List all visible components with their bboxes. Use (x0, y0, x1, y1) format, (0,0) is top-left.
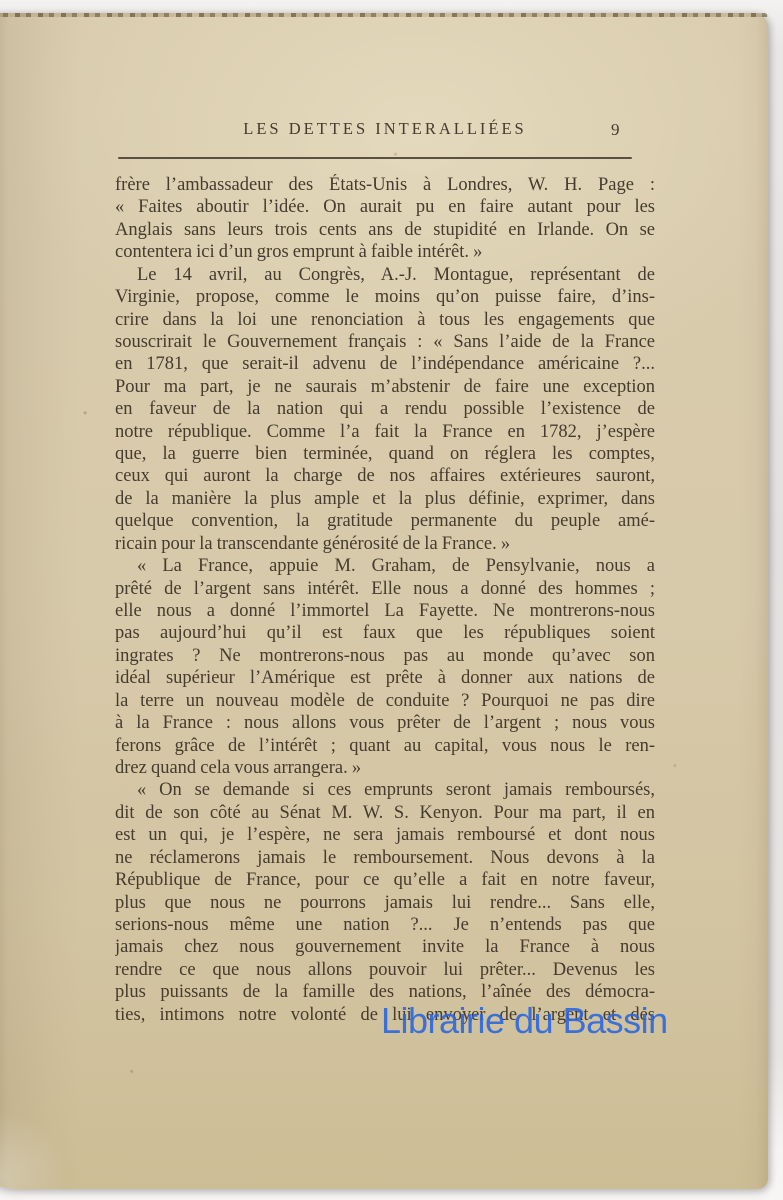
text-line: quelque convention, la gratitude permane… (115, 510, 655, 532)
text-line: la terre un nouveau modèle de conduite ?… (115, 690, 655, 712)
text-line: Virginie, propose, comme le moins qu’on … (115, 286, 655, 308)
text-line: « On se demande si ces emprunts seront j… (115, 779, 655, 801)
text-line: « La France, appuie M. Graham, de Pensyl… (115, 555, 655, 577)
text-line: ferons grâce de l’intérêt ; quant au cap… (115, 735, 655, 757)
text-line: de la manière la plus ample et la plus d… (115, 488, 655, 510)
text-line: contentera ici d’un gros emprunt à faibl… (115, 241, 655, 263)
text-line: ceux qui auront la charge de nos affaire… (115, 465, 655, 487)
text-line: ne réclamerons jamais le remboursement. … (115, 847, 655, 869)
text-line: plus que nous ne pourrons jamais lui ren… (115, 892, 655, 914)
text-line: notre république. Comme l’a fait la Fran… (115, 421, 655, 443)
header-rule (118, 157, 632, 159)
text-line: idéal supérieur l’Amérique est prête à d… (115, 667, 655, 689)
text-line: crire dans la loi une renonciation à tou… (115, 309, 655, 331)
text-line: République de France, pour ce qu’elle a … (115, 869, 655, 891)
text-line: pas aujourd’hui qu’il est faux que les r… (115, 622, 655, 644)
text-line: elle nous a donné l’immortel La Fayette.… (115, 600, 655, 622)
text-line: jamais chez nous gouvernement invite la … (115, 936, 655, 958)
page-number: 9 (611, 118, 620, 142)
text-line: Anglais sans leurs trois cents ans de st… (115, 219, 655, 241)
text-line: à la France : nous allons vous prêter de… (115, 712, 655, 734)
text-line: en faveur de la nation qui a rendu possi… (115, 398, 655, 420)
text-block: frère l’ambassadeur des États-Unis à Lon… (115, 174, 655, 1026)
text-line: que, la guerre bien terminée, quand on r… (115, 443, 655, 465)
text-line: prêté de l’argent sans intérêt. Elle nou… (115, 578, 655, 600)
watermark: Librairie du Bassin (381, 1001, 668, 1041)
book-page-photo: LES DETTES INTERALLIÉES 9 frère l’ambass… (0, 0, 783, 1200)
text-line: frère l’ambassadeur des États-Unis à Lon… (115, 174, 655, 196)
page-header-title: LES DETTES INTERALLIÉES (243, 119, 526, 138)
text-line: ingrates ? Ne montrerons-nous pas au mon… (115, 645, 655, 667)
text-line: ricain pour la transcendante générosité … (115, 533, 655, 555)
text-line: drez quand cela vous arrangera. » (115, 757, 655, 779)
text-line: souscrirait le Gouvernement français : «… (115, 331, 655, 353)
text-line: est un qui, je l’espère, ne sera jamais … (115, 824, 655, 846)
text-line: en 1781, que serait-il advenu de l’indép… (115, 353, 655, 375)
text-line: Le 14 avril, au Congrès, A.-J. Montague,… (115, 264, 655, 286)
text-line: Pour ma part, je ne saurais m’abstenir d… (115, 376, 655, 398)
text-line: rendre ce que nous allons pouvoir lui pr… (115, 959, 655, 981)
text-line: dit de son côté au Sénat M. W. S. Kenyon… (115, 802, 655, 824)
running-header: LES DETTES INTERALLIÉES 9 (115, 117, 655, 141)
text-line: « Faites aboutir l’idée. On aurait pu en… (115, 196, 655, 218)
text-line: serions-nous même une nation ?... Je n’e… (115, 914, 655, 936)
